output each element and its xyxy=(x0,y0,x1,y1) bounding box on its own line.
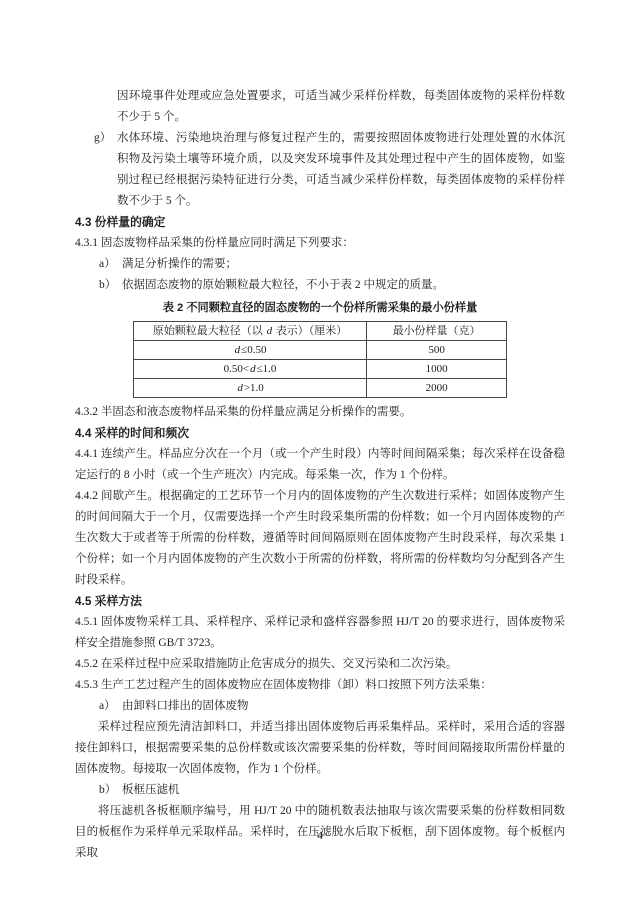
list-marker-g: g） xyxy=(94,128,111,149)
cell-min-mass: 2000 xyxy=(367,379,507,398)
heading-4-3: 4.3 份样量的确定 xyxy=(75,212,565,233)
cell-diameter-range: d>1.0 xyxy=(134,379,367,398)
table-header-row: 原始颗粒最大粒径（以 d 表示）（厘米） 最小份样量（克） xyxy=(134,322,507,341)
table-row: d>1.0 2000 xyxy=(134,379,507,398)
document-page: 因环境事件处理或应急处置要求，可适当减少采样份样数，每类固体废物的采样份样数不少… xyxy=(0,0,640,905)
list-item-b-title: 板框压滤机 xyxy=(122,784,180,796)
heading-4-4: 4.4 采样的时间和频次 xyxy=(75,423,565,444)
table-row: 0.50<d≤1.0 1000 xyxy=(134,360,507,379)
list-item-g: g） 水体环境、污染地块治理与修复过程产生的，需要按照固体废物进行处理处置的水体… xyxy=(75,128,565,212)
paragraph-4-5-3: 4.5.3 生产工艺过程产生的固体废物应在固体废物排（卸）料口按照下列方法采集： xyxy=(75,675,565,696)
list-item-4-5-3-b: b） 板框压滤机 xyxy=(75,780,565,801)
list-marker-a: a） xyxy=(99,254,116,275)
list-marker-b: b） xyxy=(99,780,116,801)
paragraph-item-f-continuation: 因环境事件处理或应急处置要求，可适当减少采样份样数，每类固体废物的采样份样数不少… xyxy=(75,86,565,128)
table-2: 原始颗粒最大粒径（以 d 表示）（厘米） 最小份样量（克） d≤0.50 500… xyxy=(133,321,507,398)
list-marker-b: b） xyxy=(99,275,116,296)
table-header-diameter: 原始颗粒最大粒径（以 d 表示）（厘米） xyxy=(134,322,367,341)
paragraph-4-4-1: 4.4.1 连续产生。样品应分次在一个月（或一个产生时段）内等时间间隔采集；每次… xyxy=(75,444,565,486)
document-content: 因环境事件处理或应急处置要求，可适当减少采样份样数，每类固体废物的采样份样数不少… xyxy=(75,86,565,864)
paragraph-4-4-2: 4.4.2 间歇产生。根据确定的工艺环节一个月内的固体废物的产生次数进行采样；如… xyxy=(75,486,565,591)
paragraph-4-5-1: 4.5.1 固体废物采样工具、采样程序、采样记录和盛样容器参照 HJ/T 20 … xyxy=(75,612,565,654)
paragraph-4-3-1: 4.3.1 固态废物样品采集的份样量应同时满足下列要求： xyxy=(75,233,565,254)
table-2-title: 表 2 不同颗粒直径的固态废物的一个份样所需采集的最小份样量 xyxy=(75,298,565,319)
heading-4-5: 4.5 采样方法 xyxy=(75,591,565,612)
cell-diameter-range: 0.50<d≤1.0 xyxy=(134,360,367,379)
cell-min-mass: 1000 xyxy=(367,360,507,379)
cell-min-mass: 500 xyxy=(367,341,507,360)
list-item-a-title: 由卸料口排出的固体废物 xyxy=(122,700,249,712)
list-item-b-text: 依据固态废物的原始颗粒最大粒径，不小于表 2 中规定的质量。 xyxy=(122,279,444,291)
paragraph-4-5-2: 4.5.2 在采样过程中应采取措施防止危害成分的损失、交叉污染和二次污染。 xyxy=(75,654,565,675)
list-item-g-text: 水体环境、污染地块治理与修复过程产生的，需要按照固体废物进行处理处置的水体沉积物… xyxy=(117,132,565,207)
list-item-a-text: 满足分析操作的需要； xyxy=(122,258,237,270)
list-marker-a: a） xyxy=(99,696,116,717)
variable-d: d xyxy=(249,363,257,375)
paragraph-4-3-2: 4.3.2 半固态和液态废物样品采集的份样量应满足分析操作的需要。 xyxy=(75,402,565,423)
list-item-4-3-1-a: a） 满足分析操作的需要； xyxy=(75,254,565,275)
cell-diameter-range: d≤0.50 xyxy=(134,341,367,360)
table-header-min-mass: 最小份样量（克） xyxy=(367,322,507,341)
variable-d: d xyxy=(266,325,274,337)
variable-d: d xyxy=(236,382,244,394)
list-item-4-5-3-a: a） 由卸料口排出的固体废物 xyxy=(75,696,565,717)
page-number: 4 xyxy=(0,830,640,842)
table-row: d≤0.50 500 xyxy=(134,341,507,360)
paragraph-4-5-3-a-body: 采样过程应预先清洁卸料口，并适当排出固体废物后再采集样品。采样时，采用合适的容器… xyxy=(75,717,565,780)
list-item-4-3-1-b: b） 依据固态废物的原始颗粒最大粒径，不小于表 2 中规定的质量。 xyxy=(75,275,565,296)
